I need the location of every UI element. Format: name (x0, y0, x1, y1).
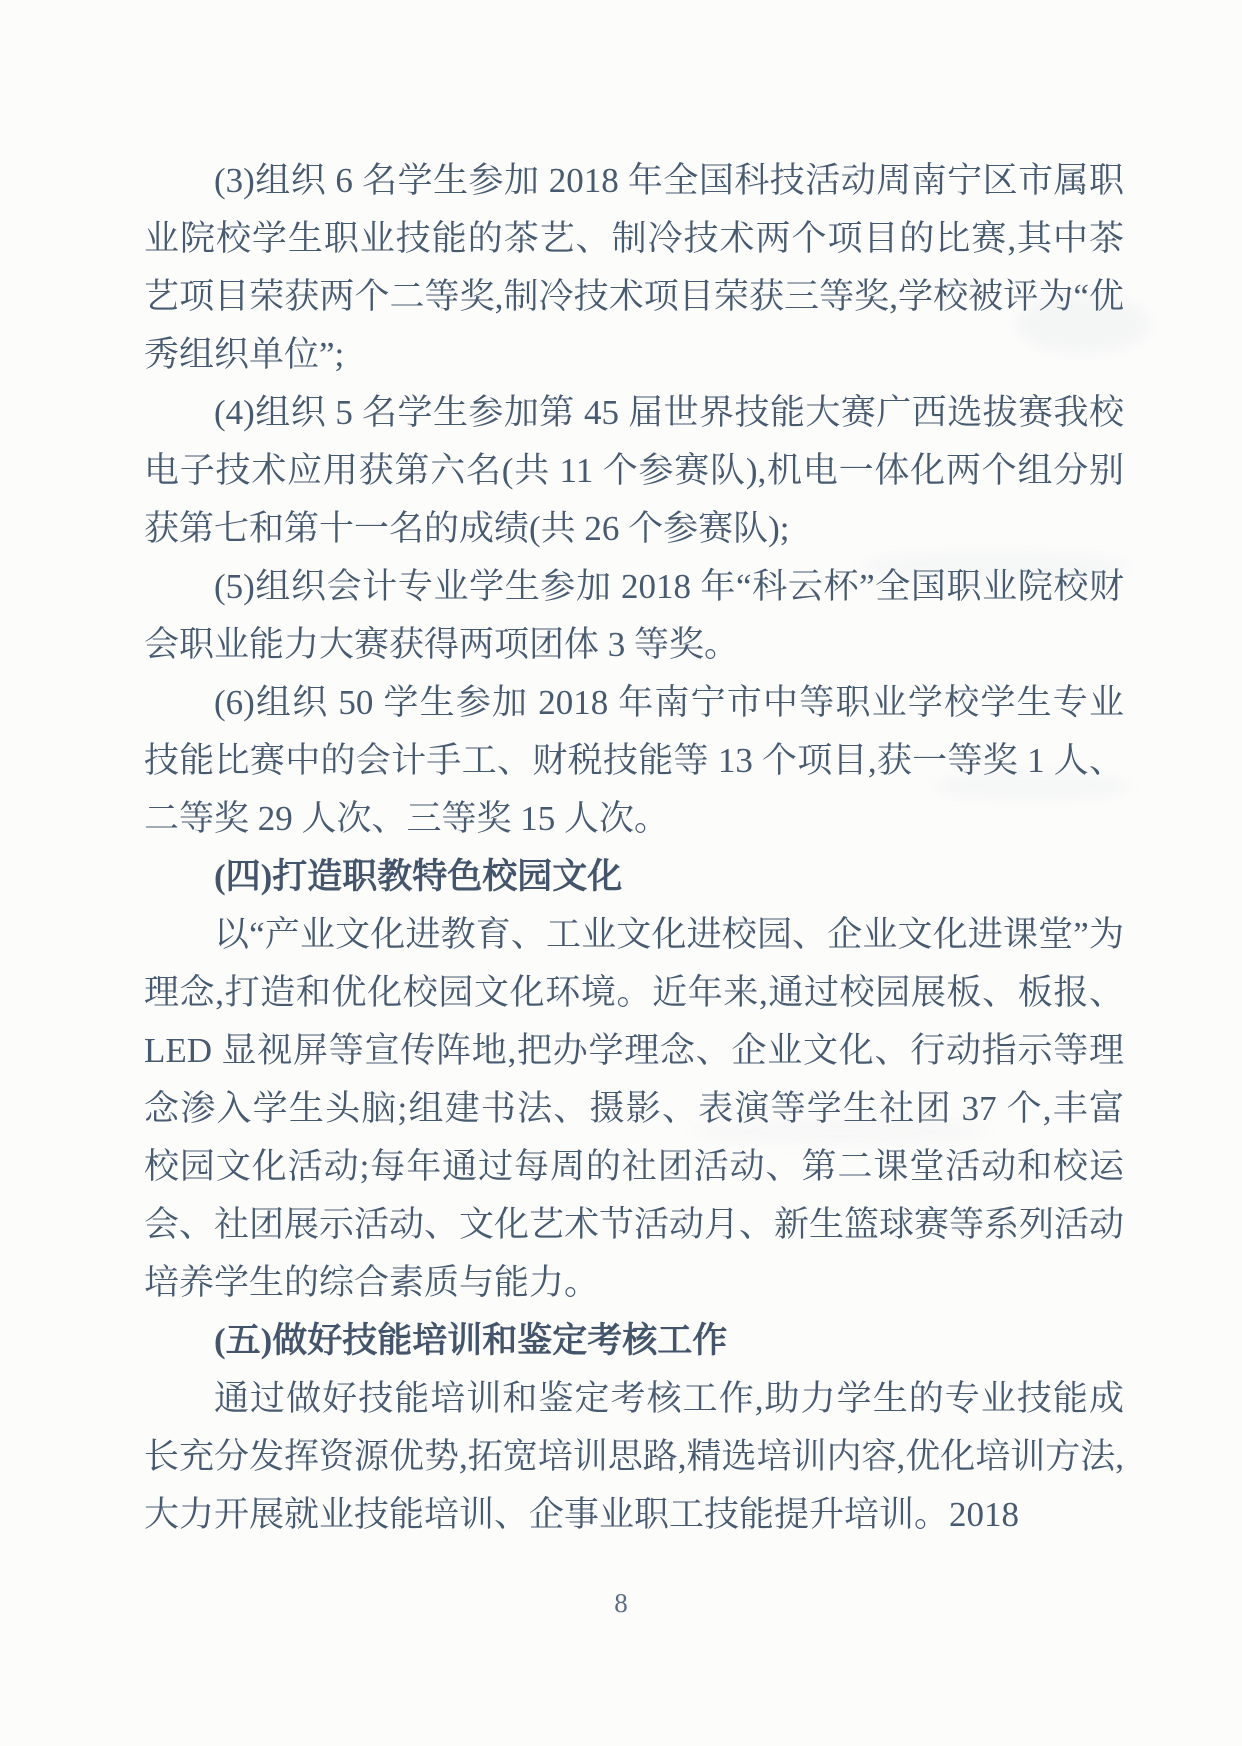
paragraph: 以“产业文化进教育、工业文化进校园、企业文化进课堂”为理念,打造和优化校园文化环… (144, 906, 1124, 1312)
paragraph: (3)组织 6 名学生参加 2018 年全国科技活动周南宁区市属职业院校学生职业… (144, 152, 1124, 384)
document-page: (3)组织 6 名学生参加 2018 年全国科技活动周南宁区市属职业院校学生职业… (0, 0, 1242, 1746)
paragraph: 通过做好技能培训和鉴定考核工作,助力学生的专业技能成长充分发挥资源优势,拓宽培训… (144, 1370, 1124, 1544)
paragraph: (5)组织会计专业学生参加 2018 年“科云杯”全国职业院校财会职业能力大赛获… (144, 558, 1124, 674)
section-heading: (四)打造职教特色校园文化 (144, 848, 1124, 906)
document-body: (3)组织 6 名学生参加 2018 年全国科技活动周南宁区市属职业院校学生职业… (144, 152, 1124, 1544)
page-number: 8 (0, 1588, 1242, 1619)
paragraph: (4)组织 5 名学生参加第 45 届世界技能大赛广西选拔赛我校电子技术应用获第… (144, 384, 1124, 558)
paragraph: (6)组织 50 学生参加 2018 年南宁市中等职业学校学生专业技能比赛中的会… (144, 674, 1124, 848)
section-heading: (五)做好技能培训和鉴定考核工作 (144, 1312, 1124, 1370)
